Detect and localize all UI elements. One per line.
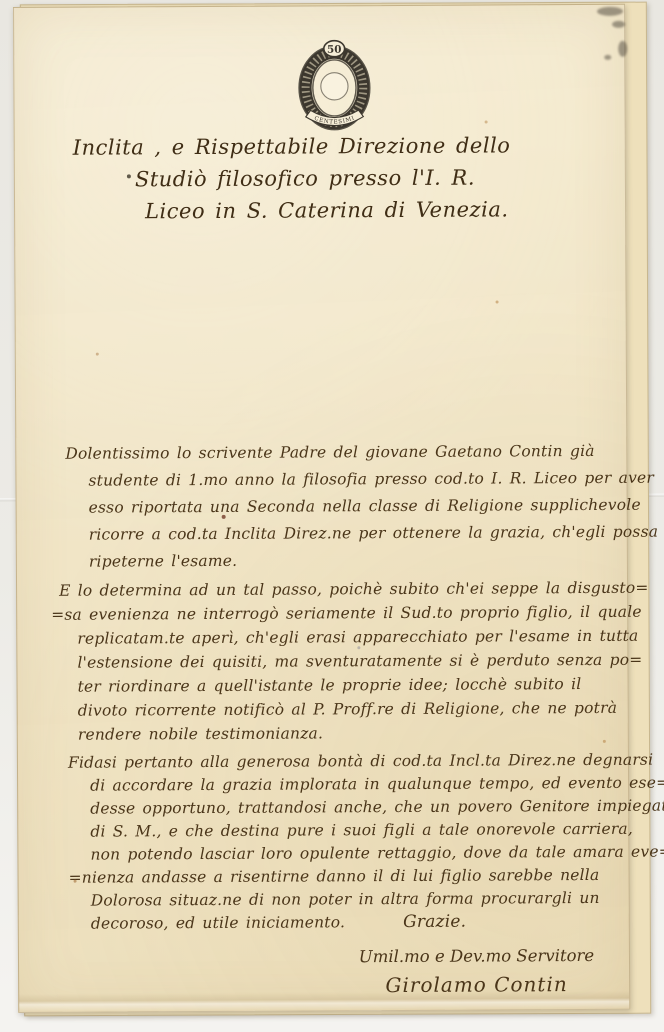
- paragraph-line: Fidasi pertanto alla generosa bontà di c…: [68, 749, 664, 775]
- heading-line: Inclita , e Rispettabile Direzione dello: [15, 129, 625, 164]
- paragraph-line: divoto ricorrente notificò al P. Proff.r…: [48, 696, 650, 723]
- paragraph-1: Dolentissimo lo scrivente Padre del giov…: [65, 438, 658, 576]
- paragraph-line: Dolentissimo lo scrivente Padre del giov…: [65, 438, 658, 468]
- fox-spot: [603, 740, 606, 743]
- scanned-letter: 50 CENTESIMI Inclita , e Rispettabile Di…: [0, 0, 664, 1032]
- paragraph-line: ricorre a cod.ta Inclita Direz.ne per ot…: [66, 519, 659, 549]
- paragraph-line: E lo determina ad un tal passo, poichè s…: [47, 576, 649, 603]
- letter-sheet: 50 CENTESIMI Inclita , e Rispettabile Di…: [13, 4, 630, 1013]
- fox-spot: [496, 300, 499, 303]
- paragraph-line: =nienza andasse a risentirne danno il di…: [69, 864, 664, 890]
- fox-spot: [357, 646, 360, 649]
- fox-spot: [222, 515, 226, 519]
- paragraph-line: l'estensione dei quisiti, ma sventuratam…: [47, 648, 649, 675]
- paragraph-line: esso riportata una Seconda nella classe …: [66, 492, 659, 522]
- thanks-note: Grazie.: [403, 911, 466, 934]
- ink-smudge: [597, 7, 623, 16]
- fox-spot: [74, 880, 77, 883]
- paragraph-2: E lo determina ad un tal passo, poichè s…: [47, 576, 649, 747]
- paragraph-line: replicatam.te aperì, ch'egli erasi appar…: [47, 624, 649, 651]
- stamp-value: 50: [327, 44, 342, 56]
- stamp-denomination-banner: CENTESIMI: [306, 110, 364, 126]
- fold-crease: [19, 991, 629, 1012]
- paragraph-line: ter riordinare a quell'istante le propri…: [47, 672, 649, 699]
- stamp-value-cartouche: 50: [324, 41, 345, 57]
- heading-line: Studiò filosofico presso l'I. R.: [15, 161, 625, 196]
- paragraph-line: ripeterne l'esame.: [66, 546, 659, 576]
- paragraph-line: =sa evenienza ne interrogò seriamente il…: [47, 600, 649, 627]
- revenue-stamp: 50 CENTESIMI: [294, 36, 375, 136]
- paragraph-line: rendere nobile testimonianza.: [48, 720, 650, 747]
- fox-spot: [485, 121, 488, 124]
- paragraph-line: decoroso, ed utile iniciamento.: [91, 913, 345, 932]
- letter-heading: Inclita , e Rispettabile Direzione dello…: [15, 129, 625, 228]
- ink-smudge: [618, 41, 627, 57]
- paragraph-line: di S. M., e che destina pure i suoi figl…: [68, 818, 664, 844]
- paragraph-line: di accordare la grazia implorata in qual…: [68, 772, 664, 798]
- fox-spot: [96, 353, 99, 356]
- paragraph-3: Fidasi pertanto alla generosa bontà di c…: [68, 749, 664, 936]
- paragraph-line: non potendo lasciar loro opulente rettag…: [68, 841, 664, 867]
- paragraph-line: desse opportuno, trattandosi anche, che …: [68, 795, 664, 821]
- ink-smudge: [604, 55, 611, 60]
- heading-line: Liceo in S. Caterina di Venezia.: [15, 193, 625, 228]
- fox-spot: [127, 174, 131, 178]
- paragraph-line: studente di 1.mo anno la filosofia press…: [65, 465, 658, 495]
- valediction: Umil.mo e Dev.mo Servitore: [349, 943, 604, 970]
- ink-smudge: [612, 21, 625, 28]
- paragraph-line: Dolorosa situaz.ne di non poter in altra…: [69, 887, 664, 913]
